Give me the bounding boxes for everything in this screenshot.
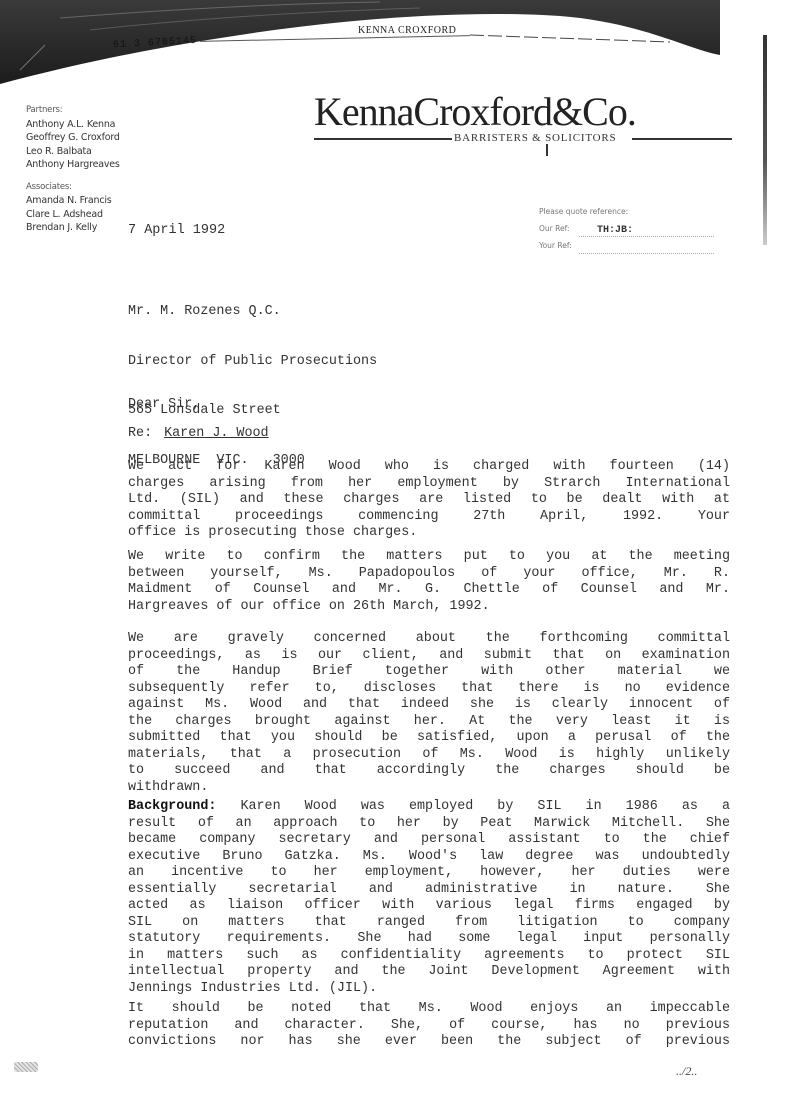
background-lines: result of an approach to her by Peat Mar…	[128, 816, 730, 998]
partner-name: Geoffrey G. Croxford	[26, 131, 120, 145]
our-ref-value: TH:JB:	[579, 225, 714, 237]
paragraph-line: withdrawn.	[128, 780, 730, 797]
paragraph-background: Background: Karen Wood was employed by S…	[128, 799, 730, 997]
firm-tagline: BARRISTERS & SOLICITORS	[454, 132, 616, 144]
firm-logo: KennaCroxford&Co.	[314, 92, 636, 132]
associate-name: Clare L. Adshead	[26, 208, 120, 222]
paragraph-line: in matters such as confidentiality agree…	[128, 948, 730, 965]
paragraph-line: We write to confirm the matters put to y…	[128, 549, 730, 566]
re-line: Re:Karen J. Wood	[128, 426, 269, 441]
address-line: Mr. M. Rozenes Q.C.	[128, 304, 377, 321]
paragraph-line: intellectual property and the Joint Deve…	[128, 964, 730, 981]
letter-date: 7 April 1992	[128, 223, 225, 238]
paragraph-line: convictions nor has she ever been the su…	[128, 1034, 730, 1051]
partners-label: Partners:	[26, 104, 120, 118]
firm-members-list: Partners: Anthony A.L. Kenna Geoffrey G.…	[26, 104, 120, 235]
fax-header-band	[0, 0, 720, 86]
paragraph-line: an incentive to her employment, however,…	[128, 865, 730, 882]
associate-name: Amanda N. Francis	[26, 194, 120, 208]
background-heading: Background:	[128, 799, 216, 814]
recipient-address: Mr. M. Rozenes Q.C. Director of Public P…	[128, 271, 377, 486]
reference-block: Please quote reference: Our Ref: TH:JB: …	[539, 203, 714, 254]
paragraph-line: of the Handup Brief together with other …	[128, 664, 730, 681]
paragraph-line: Ltd. (SIL) and these charges are listed …	[128, 492, 730, 509]
partner-name: Anthony Hargreaves	[26, 158, 120, 172]
paragraph-line: proceedings, as is our client, and submi…	[128, 648, 730, 665]
paragraph-line: SIL on matters that ranged from litigati…	[128, 915, 730, 932]
partner-name: Anthony A.L. Kenna	[26, 118, 120, 132]
paragraph-line: result of an approach to her by Peat Mar…	[128, 816, 730, 833]
partner-name: Leo R. Balbata	[26, 145, 120, 159]
paragraph-line: the charges brought against her. At the …	[128, 714, 730, 731]
paragraph-line: acted as liaison officer with various le…	[128, 898, 730, 915]
firm-tagline-row: BARRISTERS & SOLICITORS	[310, 132, 740, 146]
paragraph-line: materials, that a prosecution of Ms. Woo…	[128, 747, 730, 764]
reference-prompt: Please quote reference:	[539, 203, 714, 220]
paragraph-line: to succeed and that accordingly the char…	[128, 763, 730, 780]
fax-sender: KENNA CROXFORD	[358, 25, 456, 36]
paragraph-5: It should be noted that Ms. Wood enjoys …	[128, 1001, 730, 1051]
fax-stamp-mark	[14, 1062, 38, 1072]
paragraph-line: Hargreaves of our office on 26th March, …	[128, 599, 730, 616]
address-line: Director of Public Prosecutions	[128, 354, 377, 371]
paragraph-line: Jennings Industries Ltd. (JIL).	[128, 981, 730, 998]
your-ref-value	[579, 242, 714, 254]
tagline-tick	[546, 144, 548, 156]
paragraph-line: became company secretary and personal as…	[128, 832, 730, 849]
our-ref-label: Our Ref:	[539, 220, 579, 237]
re-label: Re:	[128, 426, 152, 441]
paragraph-line: executive Bruno Gatzka. Ms. Wood's law d…	[128, 849, 730, 866]
paragraph-3: We are gravely concerned about the forth…	[128, 631, 730, 796]
paragraph-line: We are gravely concerned about the forth…	[128, 631, 730, 648]
paragraph-line: submitted that you should be satisfied, …	[128, 730, 730, 747]
paragraph-line: essentially secretarial and administrati…	[128, 882, 730, 899]
paragraph-line: We act for Karen Wood who is charged wit…	[128, 459, 730, 476]
tagline-rule-left	[314, 138, 452, 140]
paragraph-1: We act for Karen Wood who is charged wit…	[128, 459, 730, 542]
paragraph-2: We write to confirm the matters put to y…	[128, 549, 730, 615]
paragraph-line: committal proceedings commencing 27th Ap…	[128, 509, 730, 526]
paragraph-line: subsequently refer to, discloses that th…	[128, 681, 730, 698]
re-subject: Karen J. Wood	[164, 426, 268, 441]
scan-edge-mark	[763, 35, 767, 245]
your-ref-label: Your Ref:	[539, 237, 579, 254]
paragraph-line: between yourself, Ms. Papadopoulos of yo…	[128, 566, 730, 583]
paragraph-line: statutory requirements. She had some leg…	[128, 931, 730, 948]
paragraph-line: against Ms. Wood and that indeed she is …	[128, 697, 730, 714]
paragraph-line: Background: Karen Wood was employed by S…	[128, 799, 730, 816]
paragraph-line: It should be noted that Ms. Wood enjoys …	[128, 1001, 730, 1018]
paragraph-line: charges arising from her employment by S…	[128, 476, 730, 493]
salutation: Dear Sir,	[128, 397, 200, 412]
associates-label: Associates:	[26, 181, 120, 195]
associate-name: Brendan J. Kelly	[26, 221, 120, 235]
paragraph-line: Maidment of Counsel and Mr. G. Chettle o…	[128, 582, 730, 599]
paragraph-line: reputation and character. She, of course…	[128, 1018, 730, 1035]
paragraph-line: office is prosecuting those charges.	[128, 525, 730, 542]
page-continuation-marker: ../2..	[676, 1064, 697, 1079]
tagline-rule-right	[632, 138, 732, 140]
